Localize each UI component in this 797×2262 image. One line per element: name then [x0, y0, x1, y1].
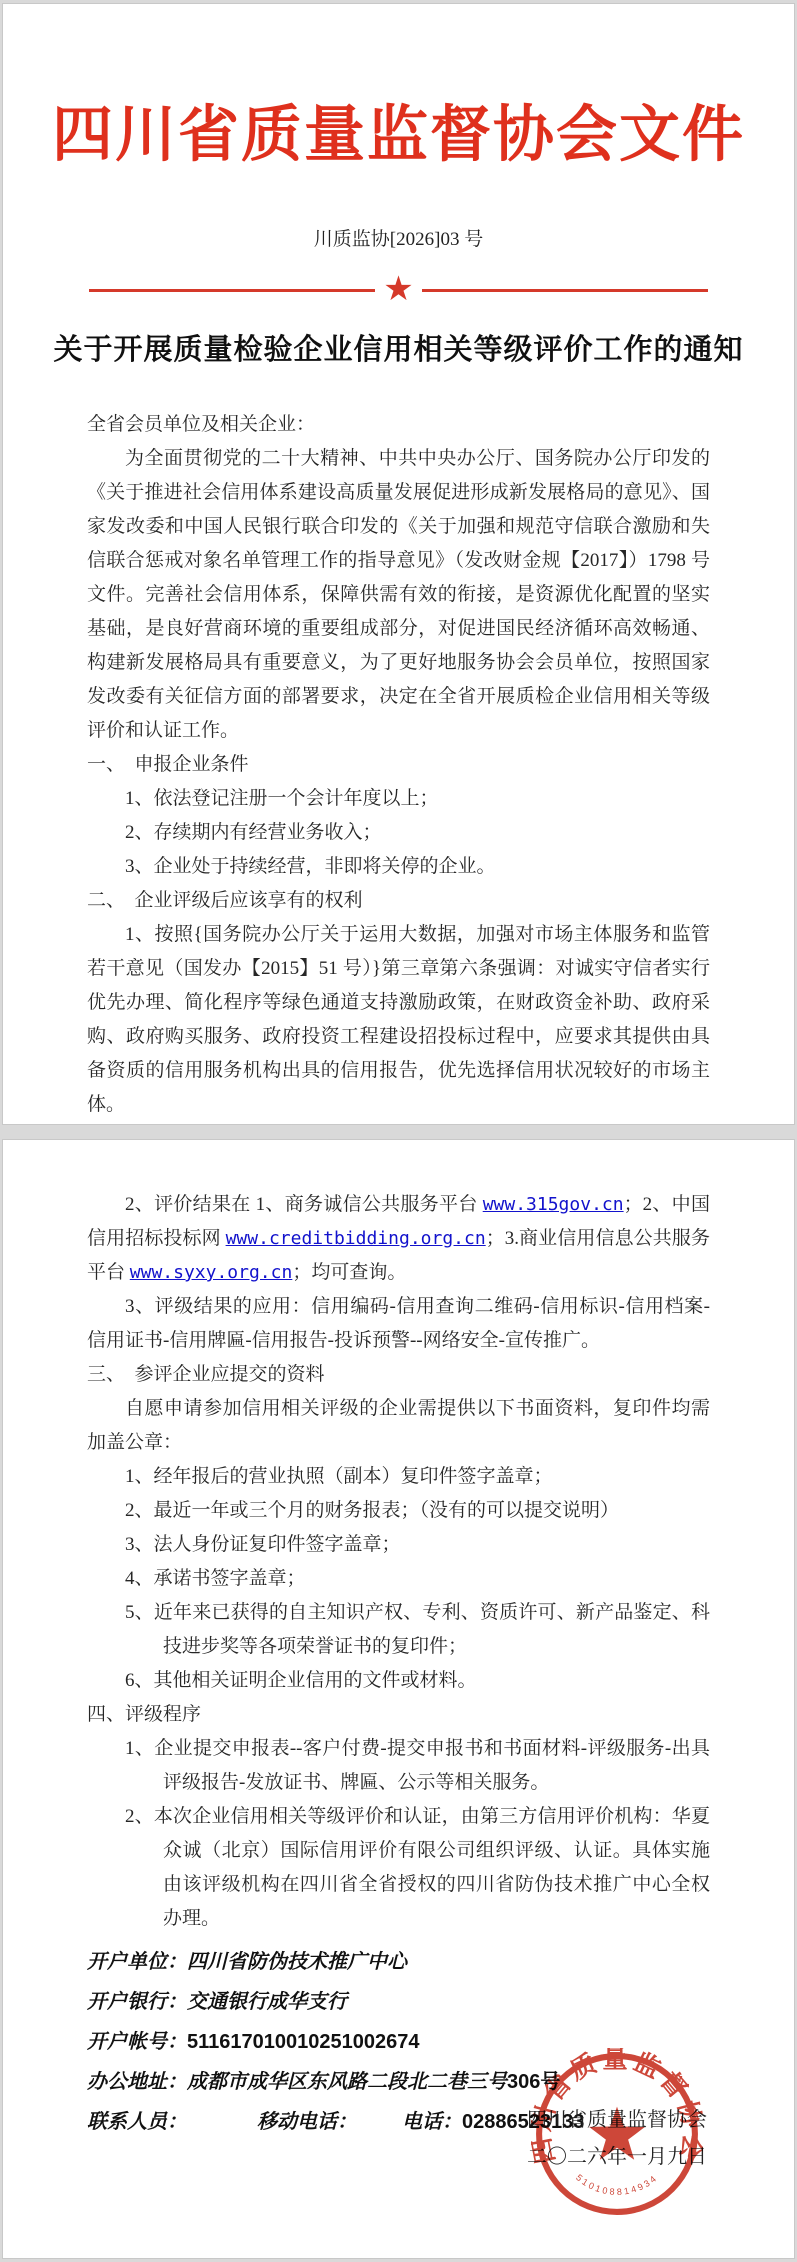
results-paragraph: 2、评价结果在 1、商务诚信公共服务平台 www.315gov.cn；2、中国信… — [87, 1188, 710, 1290]
section1-item: 3、企业处于持续经营，非即将关停的企业。 — [87, 850, 710, 884]
account-bank-row: 开户银行：交通银行成华支行 — [87, 1982, 710, 2022]
page-1: 四川省质量监督协会文件 川质监协[2026]03 号 ★ 关于开展质量检验企业信… — [2, 3, 795, 1125]
page-gap — [0, 1125, 797, 1139]
page1-body: 全省会员单位及相关企业： 为全面贯彻党的二十大精神、中共中央办公厅、国务院办公厅… — [87, 408, 710, 1122]
divider-line-right — [422, 289, 708, 292]
account-bank-value: 交通银行成华支行 — [187, 1991, 347, 2013]
link-syxy[interactable]: www.syxy.org.cn — [130, 1262, 293, 1283]
section4-item: 1、企业提交申报表--客户付费-提交申报书和书面材料-评级服务-出具评级报告-发… — [87, 1732, 710, 1800]
account-bank-label: 开户银行： — [87, 1991, 187, 2013]
red-divider: ★ — [89, 273, 708, 307]
link-creditbidding[interactable]: www.creditbidding.org.cn — [226, 1228, 486, 1249]
salutation: 全省会员单位及相关企业： — [87, 408, 710, 442]
section1-item: 2、存续期内有经营业务收入； — [87, 816, 710, 850]
section2-heading: 二、 企业评级后应该享有的权利 — [87, 884, 710, 918]
intro-paragraph: 为全面贯彻党的二十大精神、中共中央办公厅、国务院办公厅印发的《关于推进社会信用体… — [87, 442, 710, 748]
phone-label: 电话： — [402, 2111, 462, 2133]
account-number-label: 开户帐号： — [87, 2031, 187, 2053]
section3-item: 4、承诺书签字盖章； — [87, 1562, 710, 1596]
page-2: 2、评价结果在 1、商务诚信公共服务平台 www.315gov.cn；2、中国信… — [2, 1139, 795, 2259]
divider-line-left — [89, 289, 375, 292]
mobile-phone-label: 移动电话： — [257, 2111, 357, 2133]
section3-intro: 自愿申请参加信用相关评级的企业需提供以下书面资料，复印件均需加盖公章： — [87, 1392, 710, 1460]
section2-item: 1、按照{国务院办公厅关于运用大数据，加强对市场主体服务和监管若干意见（国发办【… — [87, 918, 710, 1122]
seal-star-icon — [589, 2107, 645, 2160]
usage-paragraph: 3、评级结果的应用：信用编码-信用查询二维码-信用标识-信用档案-信用证书-信用… — [87, 1290, 710, 1358]
document-title: 关于开展质量检验企业信用相关等级评价工作的通知 — [3, 327, 794, 368]
section4-item: 2、本次企业信用相关等级评价和认证，由第三方信用评价机构：华夏众诚（北京）国际信… — [87, 1800, 710, 1936]
account-unit-label: 开户单位： — [87, 1951, 187, 1973]
results-seg: ；均可查询。 — [292, 1262, 406, 1283]
star-icon: ★ — [383, 273, 413, 307]
office-address-label: 办公地址： — [87, 2071, 187, 2093]
page2-body: 2、评价结果在 1、商务诚信公共服务平台 www.315gov.cn；2、中国信… — [87, 1188, 710, 1936]
section3-item: 2、最近一年或三个月的财务报表；（没有的可以提交说明） — [87, 1494, 710, 1528]
org-letterhead-title: 四川省质量监督协会文件 — [31, 104, 766, 168]
document-viewer: 四川省质量监督协会文件 川质监协[2026]03 号 ★ 关于开展质量检验企业信… — [0, 3, 797, 2259]
seal-number-text: 510108814934 — [574, 2172, 660, 2197]
section3-item: 5、近年来已获得的自主知识产权、专利、资质许可、新产品鉴定、科技进步奖等各项荣誉… — [87, 1596, 710, 1664]
office-address-value: 成都市成华区东风路二段北二巷三号 — [187, 2071, 507, 2093]
section1-item: 1、依法登记注册一个会计年度以上； — [87, 782, 710, 816]
contact-person-label: 联系人员： — [87, 2111, 187, 2133]
account-unit-value: 四川省防伪技术推广中心 — [187, 1951, 407, 1973]
section3-item: 1、经年报后的营业执照（副本）复印件签字盖章； — [87, 1460, 710, 1494]
doc-number: 川质监协[2026]03 号 — [3, 224, 794, 251]
section3-heading: 三、 参评企业应提交的资料 — [87, 1358, 710, 1392]
link-315gov[interactable]: www.315gov.cn — [483, 1194, 624, 1215]
official-seal: 四川省质量监督协会 510108814934 — [531, 2048, 703, 2220]
section4-heading: 四、评级程序 — [87, 1698, 710, 1732]
section3-item: 3、法人身份证复印件签字盖章； — [87, 1528, 710, 1562]
section3-item: 6、其他相关证明企业信用的文件或材料。 — [87, 1664, 710, 1698]
account-number-value: 511617010010251002674 — [187, 2031, 419, 2053]
section1-heading: 一、 申报企业条件 — [87, 748, 710, 782]
results-seg: 2、评价结果在 1、商务诚信公共服务平台 — [125, 1194, 483, 1215]
account-unit-row: 开户单位：四川省防伪技术推广中心 — [87, 1942, 710, 1982]
